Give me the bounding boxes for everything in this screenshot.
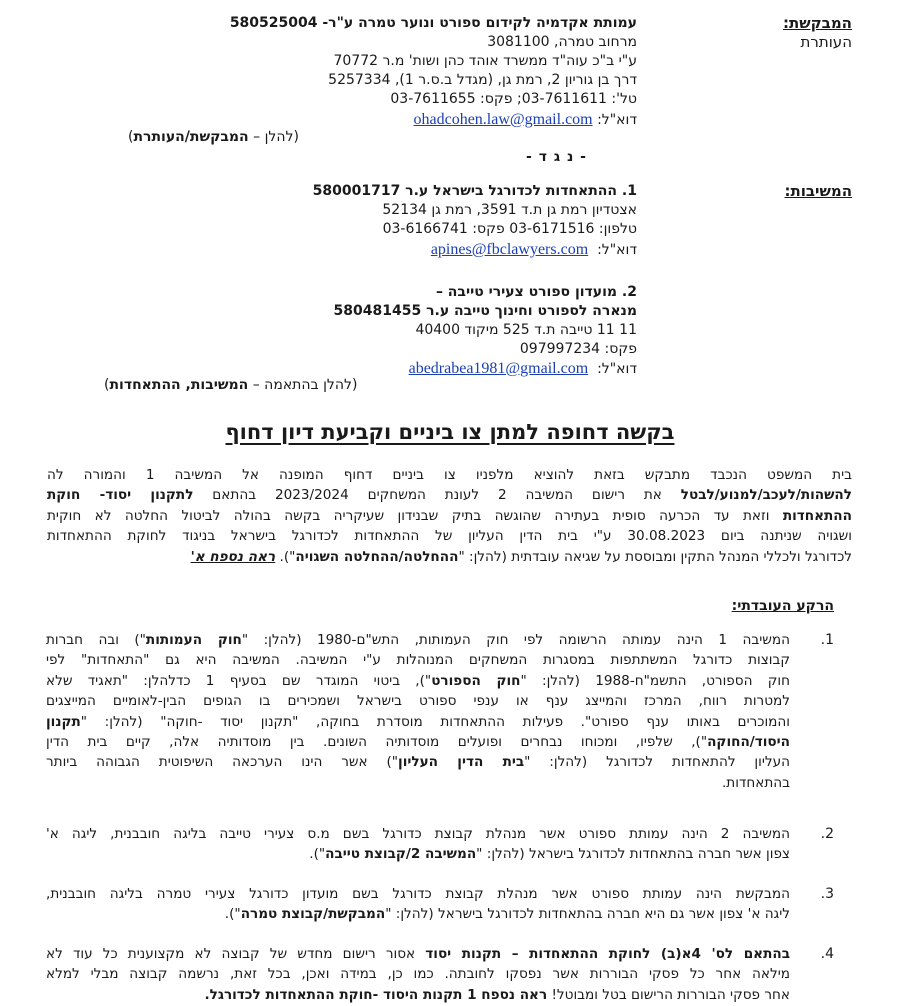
legal-document-page: המבקשת: העותרת עמותת אקדמיה לקידום ספורט…: [0, 0, 900, 1006]
intro-paragraph: בית המשפט הנכבד מתבקש בזאת להוציא מלפניו…: [47, 465, 852, 567]
document-title: בקשה דחופה למתן צו ביניים וקביעת דיון דח…: [0, 420, 900, 444]
section-paragraph: בהתאם לס' 4א(ב) לחוקת ההתאחדות – תקנות י…: [46, 944, 790, 1005]
respondent2-name-line1: 2. מועדון ספורט צעירי טייבה –: [436, 283, 637, 302]
applicant-counsel: ע"י ב"כ עוה"ד ממשרד אוהד כהן ושות' מ.ר 7…: [334, 52, 638, 71]
section-paragraph: המבקשת הינה עמותת ספורט אשר מנהלת קבוצת …: [46, 884, 790, 925]
applicant-email-label: דוא"ל:: [597, 112, 637, 128]
section-paragraph: המשיבה 1 הינה עמותה הרשומה לפי חוק העמות…: [46, 630, 790, 793]
respondent1-email-label: דוא"ל:: [597, 242, 637, 258]
respondent2-address: 11 11 טייבה ת.ד 525 מיקוד 40400: [415, 321, 637, 340]
respondent1-name: 1. ההתאחדות לכדורגל בישראל ע.ר 580001717: [313, 182, 637, 201]
respondent2-fax: פקס: 097997234: [520, 340, 637, 359]
respondent2-email-label: דוא"ל:: [597, 361, 637, 377]
background-heading: הרקע העובדתי:: [732, 598, 834, 614]
respondent1-phone: טלפון: 03-6171516 פקס: 03-6166741: [383, 220, 637, 239]
respondent1-email-row: דוא"ל: apines@fbclawyers.com: [431, 240, 637, 260]
respondent2-name-line2: מנארה לספורט וחינוך טייבה ע.ר 580481455: [334, 302, 637, 321]
applicant-label: המבקשת:: [783, 14, 852, 32]
respondent1-address: אצטדיון רמת גן ת.ד 3591, רמת גן 52134: [382, 201, 637, 220]
applicant-counsel-address: דרך בן גוריון 2, רמת גן, (מגדל ב.ס.ר 1),…: [328, 71, 637, 90]
section-number: 3.: [821, 886, 834, 902]
respondent2-email-link[interactable]: abedrabea1981@gmail.com: [409, 360, 589, 377]
applicant-email-link[interactable]: ohadcohen.law@gmail.com: [413, 111, 592, 128]
respondents-hereinafter: (להלן בהתאמה – המשיבות, ההתאחדות): [104, 376, 357, 395]
applicant-name: עמותת אקדמיה לקידום ספורט ונוער טמרה ע"ר…: [230, 14, 637, 33]
section-paragraph: המשיבה 2 הינה עמותת ספורט אשר מנהלת קבוצ…: [46, 824, 790, 865]
applicant-phone: טל': 03-7611611; פקס: 03-7611655: [390, 90, 637, 109]
annex-a-reference[interactable]: ראה נספח א': [191, 549, 276, 565]
applicant-hereinafter: (להלן – המבקשת/העותרת): [128, 128, 299, 147]
section-number: 2.: [821, 826, 834, 842]
applicant-sublabel: העותרת: [801, 33, 852, 51]
respondent2-email-row: דוא"ל: abedrabea1981@gmail.com: [409, 359, 637, 379]
section-number: 4.: [821, 946, 834, 962]
versus-separator: - נ ג ד -: [526, 148, 587, 167]
respondent1-email-link[interactable]: apines@fbclawyers.com: [431, 241, 588, 258]
applicant-email-row: דוא"ל: ohadcohen.law@gmail.com: [413, 110, 637, 130]
section-number: 1.: [821, 632, 834, 648]
respondents-label: המשיבות:: [785, 182, 853, 200]
applicant-address: מרחוב טמרה, 3081100: [487, 33, 637, 52]
